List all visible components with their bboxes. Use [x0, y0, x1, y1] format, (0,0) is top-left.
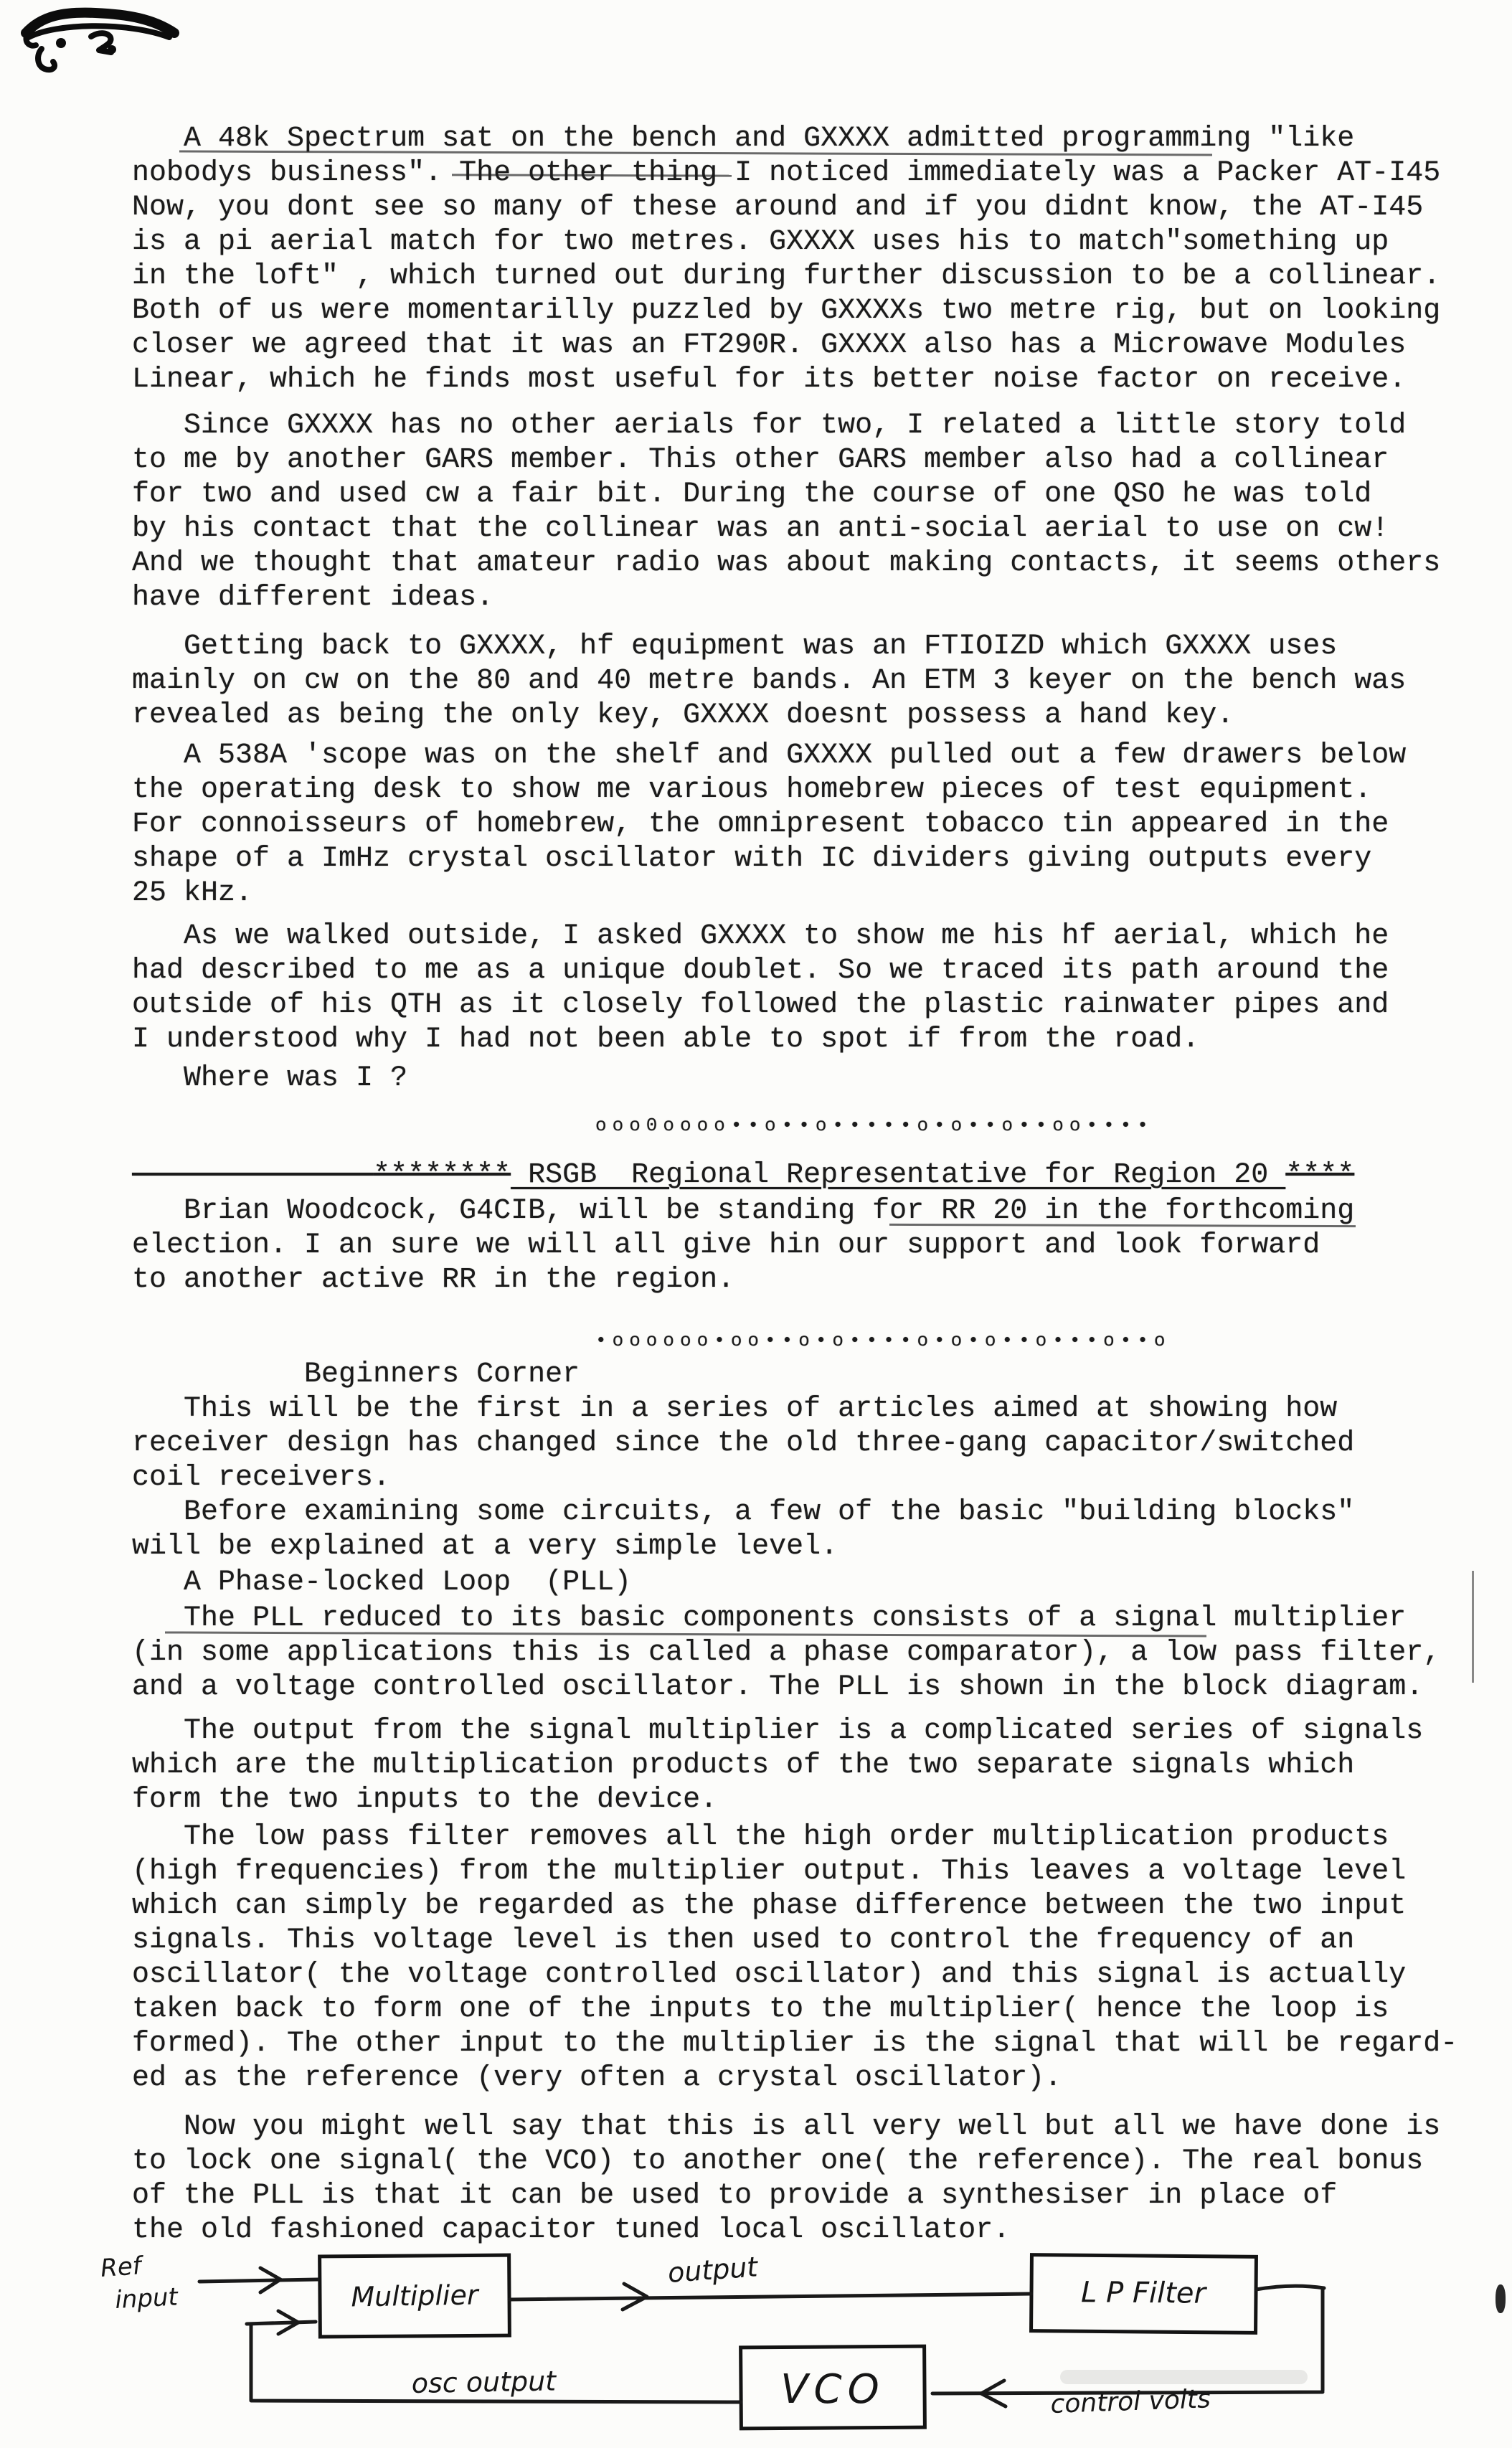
ref-input-wire [199, 2279, 318, 2282]
beginners-corner-heading: Beginners Corner [132, 1358, 1488, 1392]
lp-filter-label: L P Filter [1081, 2276, 1208, 2310]
paragraph-pll-components: The PLL reduced to its basic components … [132, 1602, 1488, 1705]
paragraph-multiplier-output: The output from the signal multiplier is… [132, 1714, 1488, 1818]
paragraph-hf-equipment: Getting back to GXXXX, hf equipment was … [132, 630, 1488, 733]
rsgb-heading-stars-left: ******** [132, 1159, 511, 1191]
rsgb-heading-stars-right: **** [1285, 1159, 1354, 1191]
output-wire [509, 2294, 1031, 2300]
paragraph-spectrum: A 48k Spectrum sat on the bench and GXXX… [132, 122, 1488, 397]
article-body: A 48k Spectrum sat on the bench and GXXX… [132, 122, 1488, 2248]
paragraph-series-intro: This will be the first in a series of ar… [132, 1392, 1488, 1495]
output-label: output [667, 2251, 760, 2289]
paragraph-scope-homebrew: A 538A 'scope was on the shelf and GXXXX… [132, 739, 1488, 911]
paragraph-gars-story: Since GXXXX has no other aerials for two… [132, 409, 1488, 615]
scan-artifact-blob [1496, 2284, 1506, 2313]
paragraph-hf-aerial: As we walked outside, I asked GXXXX to s… [132, 920, 1488, 1057]
pll-block-diagram: Ref input Multiplier output L P Filter V… [43, 2236, 1470, 2448]
paragraph-rsgb-body: Brian Woodcock, G4CIB, will be standing … [132, 1194, 1488, 1298]
dotted-separator: ooo0oooo••o••o•••••o•o••o••oo•••• [595, 1108, 1488, 1143]
paragraph-pll-bonus: Now you might well say that this is all … [132, 2110, 1488, 2248]
rsgb-heading-title: RSGB Regional Representative for Region … [511, 1159, 1285, 1191]
vco-label: VCO [780, 2366, 885, 2413]
ref-label-line2: input [114, 2282, 179, 2315]
scanned-newsletter-page: A 48k Spectrum sat on the bench and GXXX… [0, 0, 1512, 2448]
dotted-separator: •oooooo•oo••o•o••••o•o•o••o•••o••o [595, 1323, 1488, 1358]
paragraph-building-blocks: Before examining some circuits, a few of… [132, 1495, 1488, 1564]
multiplier-label: Multiplier [351, 2279, 480, 2312]
paragraph-where-was-i: Where was I ? [132, 1062, 1488, 1096]
ref-label-line1: Ref [100, 2251, 146, 2283]
osc-output-label: osc output [411, 2365, 557, 2399]
ink-smudge [1060, 2370, 1308, 2384]
pll-subheading: A Phase-locked Loop (PLL) [132, 1566, 1488, 1600]
rsgb-heading: ******** RSGB Regional Representative fo… [132, 1158, 1488, 1193]
paragraph-low-pass-filter: The low pass filter removes all the high… [132, 1820, 1488, 2096]
handwritten-page-mark-icon [20, 4, 185, 80]
control-volts-label: control volts [1050, 2384, 1211, 2419]
feedback-input-wire [247, 2322, 316, 2324]
